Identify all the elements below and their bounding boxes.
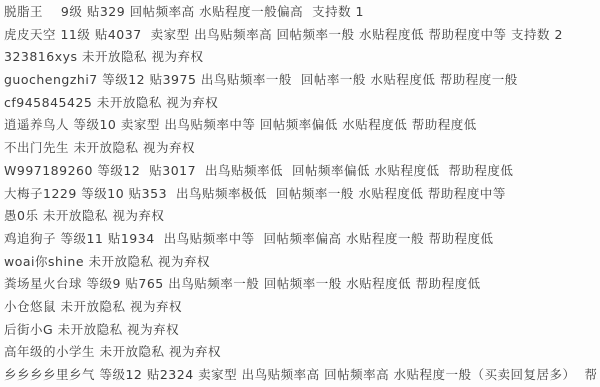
- user-evaluation-line: 323816xys 未开放隐私 视为弃权: [4, 46, 598, 69]
- user-evaluation-line: 鸡追狗子 等级11 贴1934 出鸟贴频率中等 回帖频率偏高 水贴程度一般 帮助…: [4, 228, 598, 251]
- user-evaluation-line: 粪场星火台球 等级9 贴765 出鸟贴频率一般 回帖频率一般 水贴程度低 帮助程…: [4, 273, 598, 296]
- user-evaluation-line: 逍遥养鸟人 等级10 卖家型 出鸟贴频率中等 回帖频率偏低 水贴程度低 帮助程度…: [4, 114, 598, 137]
- user-evaluation-text-page: 脱脂王 9级 贴329 回帖频率高 水贴程度一般偏高 支持数 1 虎皮天空 11…: [0, 0, 600, 387]
- user-evaluation-line: 不出门先生 未开放隐私 视为弃权: [4, 137, 598, 160]
- user-evaluation-line: 虎皮天空 11级 贴4037 卖家型 出鸟贴频率高 回帖频率一般 水贴程度低 帮…: [4, 24, 598, 47]
- user-evaluation-line: 脱脂王 9级 贴329 回帖频率高 水贴程度一般偏高 支持数 1: [4, 1, 598, 24]
- user-evaluation-line: 愚0乐 未开放隐私 视为弃权: [4, 205, 598, 228]
- user-evaluation-line: 后街小G 未开放隐私 视为弃权: [4, 319, 598, 342]
- user-evaluation-line: 乡乡乡乡里乡气 等级12 贴2324 卖家型 出鸟贴频率高 回帖频率高 水贴程度…: [4, 364, 598, 387]
- user-evaluation-line: 高年级的小学生 未开放隐私 视为弃权: [4, 341, 598, 364]
- user-evaluation-line: 大梅子1229 等级10 贴353 出鸟贴频率极低 回帖频率一般 水贴程度低 帮…: [4, 183, 598, 206]
- user-evaluation-line: W997189260 等级12 贴3017 出鸟贴频率低 回帖频率偏低 水贴程度…: [4, 160, 598, 183]
- user-evaluation-line: 小仓悠鼠 未开放隐私 视为弃权: [4, 296, 598, 319]
- user-evaluation-line: woai你shine 未开放隐私 视为弃权: [4, 251, 598, 274]
- user-evaluation-line: cf945845425 未开放隐私 视为弃权: [4, 92, 598, 115]
- user-evaluation-line: guochengzhi7 等级12 贴3975 出鸟贴频率一般 回帖率一般 水贴…: [4, 69, 598, 92]
